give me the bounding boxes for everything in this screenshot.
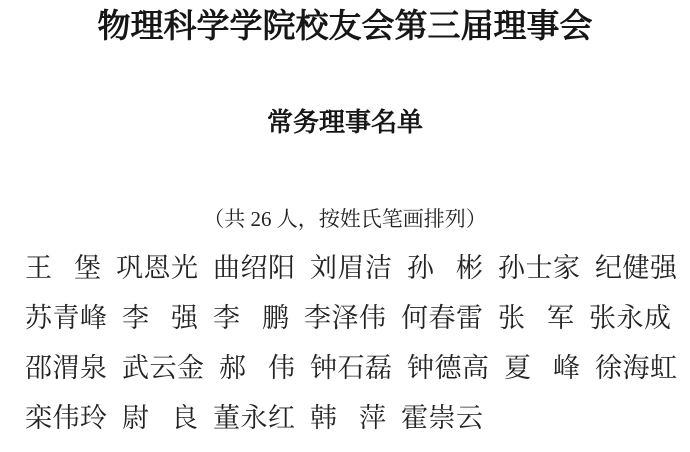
- member-name-char: 伟: [268, 354, 295, 382]
- member-name-char: 高: [462, 354, 489, 382]
- member-name: 钟石磊: [310, 354, 392, 382]
- member-name: 韩萍: [310, 404, 386, 432]
- member-name-char: 徐: [595, 354, 622, 382]
- member-count-note: （共 26 人，按姓氏笔画排列）: [0, 207, 690, 231]
- member-name-char: 海: [623, 354, 650, 382]
- member-name-char: 德: [435, 354, 462, 382]
- member-name-char: 夏: [504, 354, 531, 382]
- member-name: 苏青峰: [25, 304, 107, 332]
- member-name-char: 阳: [268, 254, 295, 282]
- member-name: 徐海虹: [595, 354, 677, 382]
- document-subtitle: 常务理事名单: [0, 109, 690, 135]
- member-name-char: 泽: [332, 304, 359, 332]
- member-name: 夏峰: [504, 354, 580, 382]
- member-name-char: 尉: [122, 404, 149, 432]
- member-name: 王堡: [25, 254, 101, 282]
- member-name-char: 郝: [219, 354, 246, 382]
- member-name-char: 云: [150, 354, 177, 382]
- member-name: 纪健强: [595, 254, 677, 282]
- member-name-char: 巩: [116, 254, 143, 282]
- member-name-char: 栾: [25, 404, 52, 432]
- member-name: 尉良: [122, 404, 198, 432]
- member-name-char: 孙: [407, 254, 434, 282]
- member-name-char: 泉: [80, 354, 107, 382]
- member-name-char: 青: [53, 304, 80, 332]
- member-name-char: 眉: [338, 254, 365, 282]
- member-name-char: 峰: [80, 304, 107, 332]
- member-name: 曲绍阳: [213, 254, 295, 282]
- member-name: 董永红: [213, 404, 295, 432]
- member-name-char: 渭: [53, 354, 80, 382]
- member-name-char: 健: [623, 254, 650, 282]
- member-name: 李泽伟: [304, 304, 386, 332]
- member-name: 孙士家: [498, 254, 580, 282]
- member-name-char: 张: [498, 304, 525, 332]
- member-name: 钟德高: [407, 354, 489, 382]
- member-row: 邵渭泉武云金郝伟钟石磊钟德高夏峰徐海虹: [25, 354, 680, 382]
- member-name-char: 钟: [407, 354, 434, 382]
- member-name-char: 苏: [25, 304, 52, 332]
- member-name-char: 李: [304, 304, 331, 332]
- member-name-char: 光: [171, 254, 198, 282]
- member-name-char: 洁: [365, 254, 392, 282]
- member-name-char: 伟: [359, 304, 386, 332]
- member-name: 邵渭泉: [25, 354, 107, 382]
- member-name-char: 家: [553, 254, 580, 282]
- member-name-char: 春: [429, 304, 456, 332]
- member-name-char: 绍: [241, 254, 268, 282]
- member-name-char: 霍: [401, 404, 428, 432]
- member-name: 栾伟玲: [25, 404, 107, 432]
- document-page: 物理科学学院校友会第三届理事会 常务理事名单 （共 26 人，按姓氏笔画排列） …: [0, 0, 690, 452]
- member-name-char: 良: [171, 404, 198, 432]
- member-name-char: 磊: [365, 354, 392, 382]
- member-row: 王堡巩恩光曲绍阳刘眉洁孙彬孙士家纪健强: [25, 254, 680, 282]
- member-name: 武云金: [122, 354, 204, 382]
- member-name-char: 永: [241, 404, 268, 432]
- member-name-char: 张: [589, 304, 616, 332]
- member-grid: 王堡巩恩光曲绍阳刘眉洁孙彬孙士家纪健强苏青峰李强李鹏李泽伟何春雷张军张永成邵渭泉…: [25, 254, 680, 452]
- member-name-char: 钟: [310, 354, 337, 382]
- member-name-char: 孙: [498, 254, 525, 282]
- document-title: 物理科学学院校友会第三届理事会: [0, 9, 690, 42]
- member-name-char: 石: [338, 354, 365, 382]
- member-name: 孙彬: [407, 254, 483, 282]
- member-name-char: 军: [547, 304, 574, 332]
- member-name-char: 崇: [429, 404, 456, 432]
- member-name-char: 鹏: [262, 304, 289, 332]
- member-name: 刘眉洁: [310, 254, 392, 282]
- member-name-char: 金: [177, 354, 204, 382]
- member-name-char: 曲: [213, 254, 240, 282]
- member-name-char: 士: [526, 254, 553, 282]
- member-name-char: 彬: [456, 254, 483, 282]
- member-name: 郝伟: [219, 354, 295, 382]
- member-name-char: 董: [213, 404, 240, 432]
- member-name: 何春雷: [401, 304, 483, 332]
- member-name-char: 韩: [310, 404, 337, 432]
- member-name-char: 雷: [456, 304, 483, 332]
- member-name: 霍崇云: [401, 404, 483, 432]
- member-name-char: 何: [401, 304, 428, 332]
- member-name: 李强: [122, 304, 198, 332]
- member-name-char: 纪: [595, 254, 622, 282]
- member-name: 李鹏: [213, 304, 289, 332]
- member-name-char: 峰: [553, 354, 580, 382]
- member-name-char: 强: [171, 304, 198, 332]
- member-name-char: 强: [650, 254, 677, 282]
- member-name-char: 永: [617, 304, 644, 332]
- member-name: 巩恩光: [116, 254, 198, 282]
- member-name: 张永成: [589, 304, 671, 332]
- member-name-char: 李: [122, 304, 149, 332]
- member-name-char: 李: [213, 304, 240, 332]
- member-name-char: 刘: [310, 254, 337, 282]
- member-name-char: 玲: [80, 404, 107, 432]
- member-row: 栾伟玲尉良董永红韩萍霍崇云: [25, 404, 680, 432]
- member-name-char: 王: [25, 254, 52, 282]
- member-name-char: 伟: [53, 404, 80, 432]
- member-name-char: 萍: [359, 404, 386, 432]
- member-name: 张军: [498, 304, 574, 332]
- member-name-char: 邵: [25, 354, 52, 382]
- member-name-char: 云: [456, 404, 483, 432]
- member-name-char: 堡: [74, 254, 101, 282]
- member-name-char: 成: [644, 304, 671, 332]
- member-row: 苏青峰李强李鹏李泽伟何春雷张军张永成: [25, 304, 680, 332]
- member-name-char: 恩: [144, 254, 171, 282]
- member-name-char: 武: [122, 354, 149, 382]
- member-name-char: 红: [268, 404, 295, 432]
- member-name-char: 虹: [650, 354, 677, 382]
